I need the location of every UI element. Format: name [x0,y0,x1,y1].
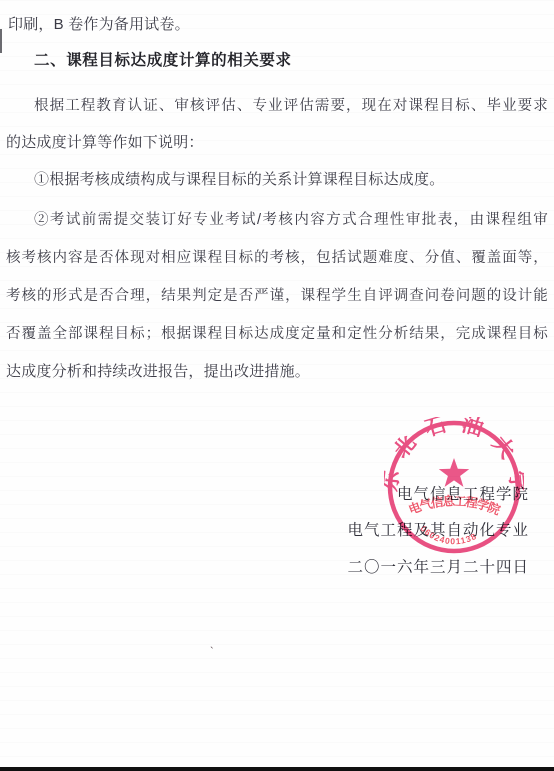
signature-date: 二〇一六年三月二十四日 [347,558,529,578]
star-icon [439,458,469,487]
body-line-item2-2: 核考核内容是否体现对相应课程目标的考核，包括试题难度、分值、覆盖面等， [6,248,548,268]
body-line-para1-2: 的达成度计算等作如下说明： [6,133,548,153]
seal-university-arc-text: 东北石油大学 [384,417,524,493]
scanned-document-page: 印刷，B 卷作为备用试卷。 二、课程目标达成度计算的相关要求 根据工程教育认证、… [0,0,554,771]
body-line-item2-1: ②考试前需提交装订好专业考试/考核内容方式合理性审批表，由课程组审 [34,210,548,230]
scan-edge-artifact [0,29,2,53]
body-line-item1: ①根据考核成绩构成与课程目标的关系计算课程目标达成度。 [34,170,548,190]
university-seal-stamp: 东北石油大学 电气信息工程学院 06024001138 [384,417,524,557]
body-line-item2-5: 达成度分析和持续改进报告，提出改进措施。 [6,362,548,382]
section-heading: 二、课程目标达成度计算的相关要求 [34,51,548,71]
bottom-scan-bar [0,767,554,771]
body-line-item2-3: 考核的形式是否合理，结果判定是否严谨，课程学生自评调查问卷问题的设计能 [6,286,548,306]
body-line-item2-4: 否覆盖全部课程目标；根据课程目标达成度定量和定性分析结果，完成课程目标 [6,324,548,344]
seal-department-text: 电气信息工程学院 [406,493,503,518]
body-line-intro: 印刷，B 卷作为备用试卷。 [8,15,548,35]
body-line-para1-1: 根据工程教育认证、审核评估、专业评估需要，现在对课程目标、毕业要求 [34,96,548,116]
stray-pen-mark: ` [210,646,214,658]
